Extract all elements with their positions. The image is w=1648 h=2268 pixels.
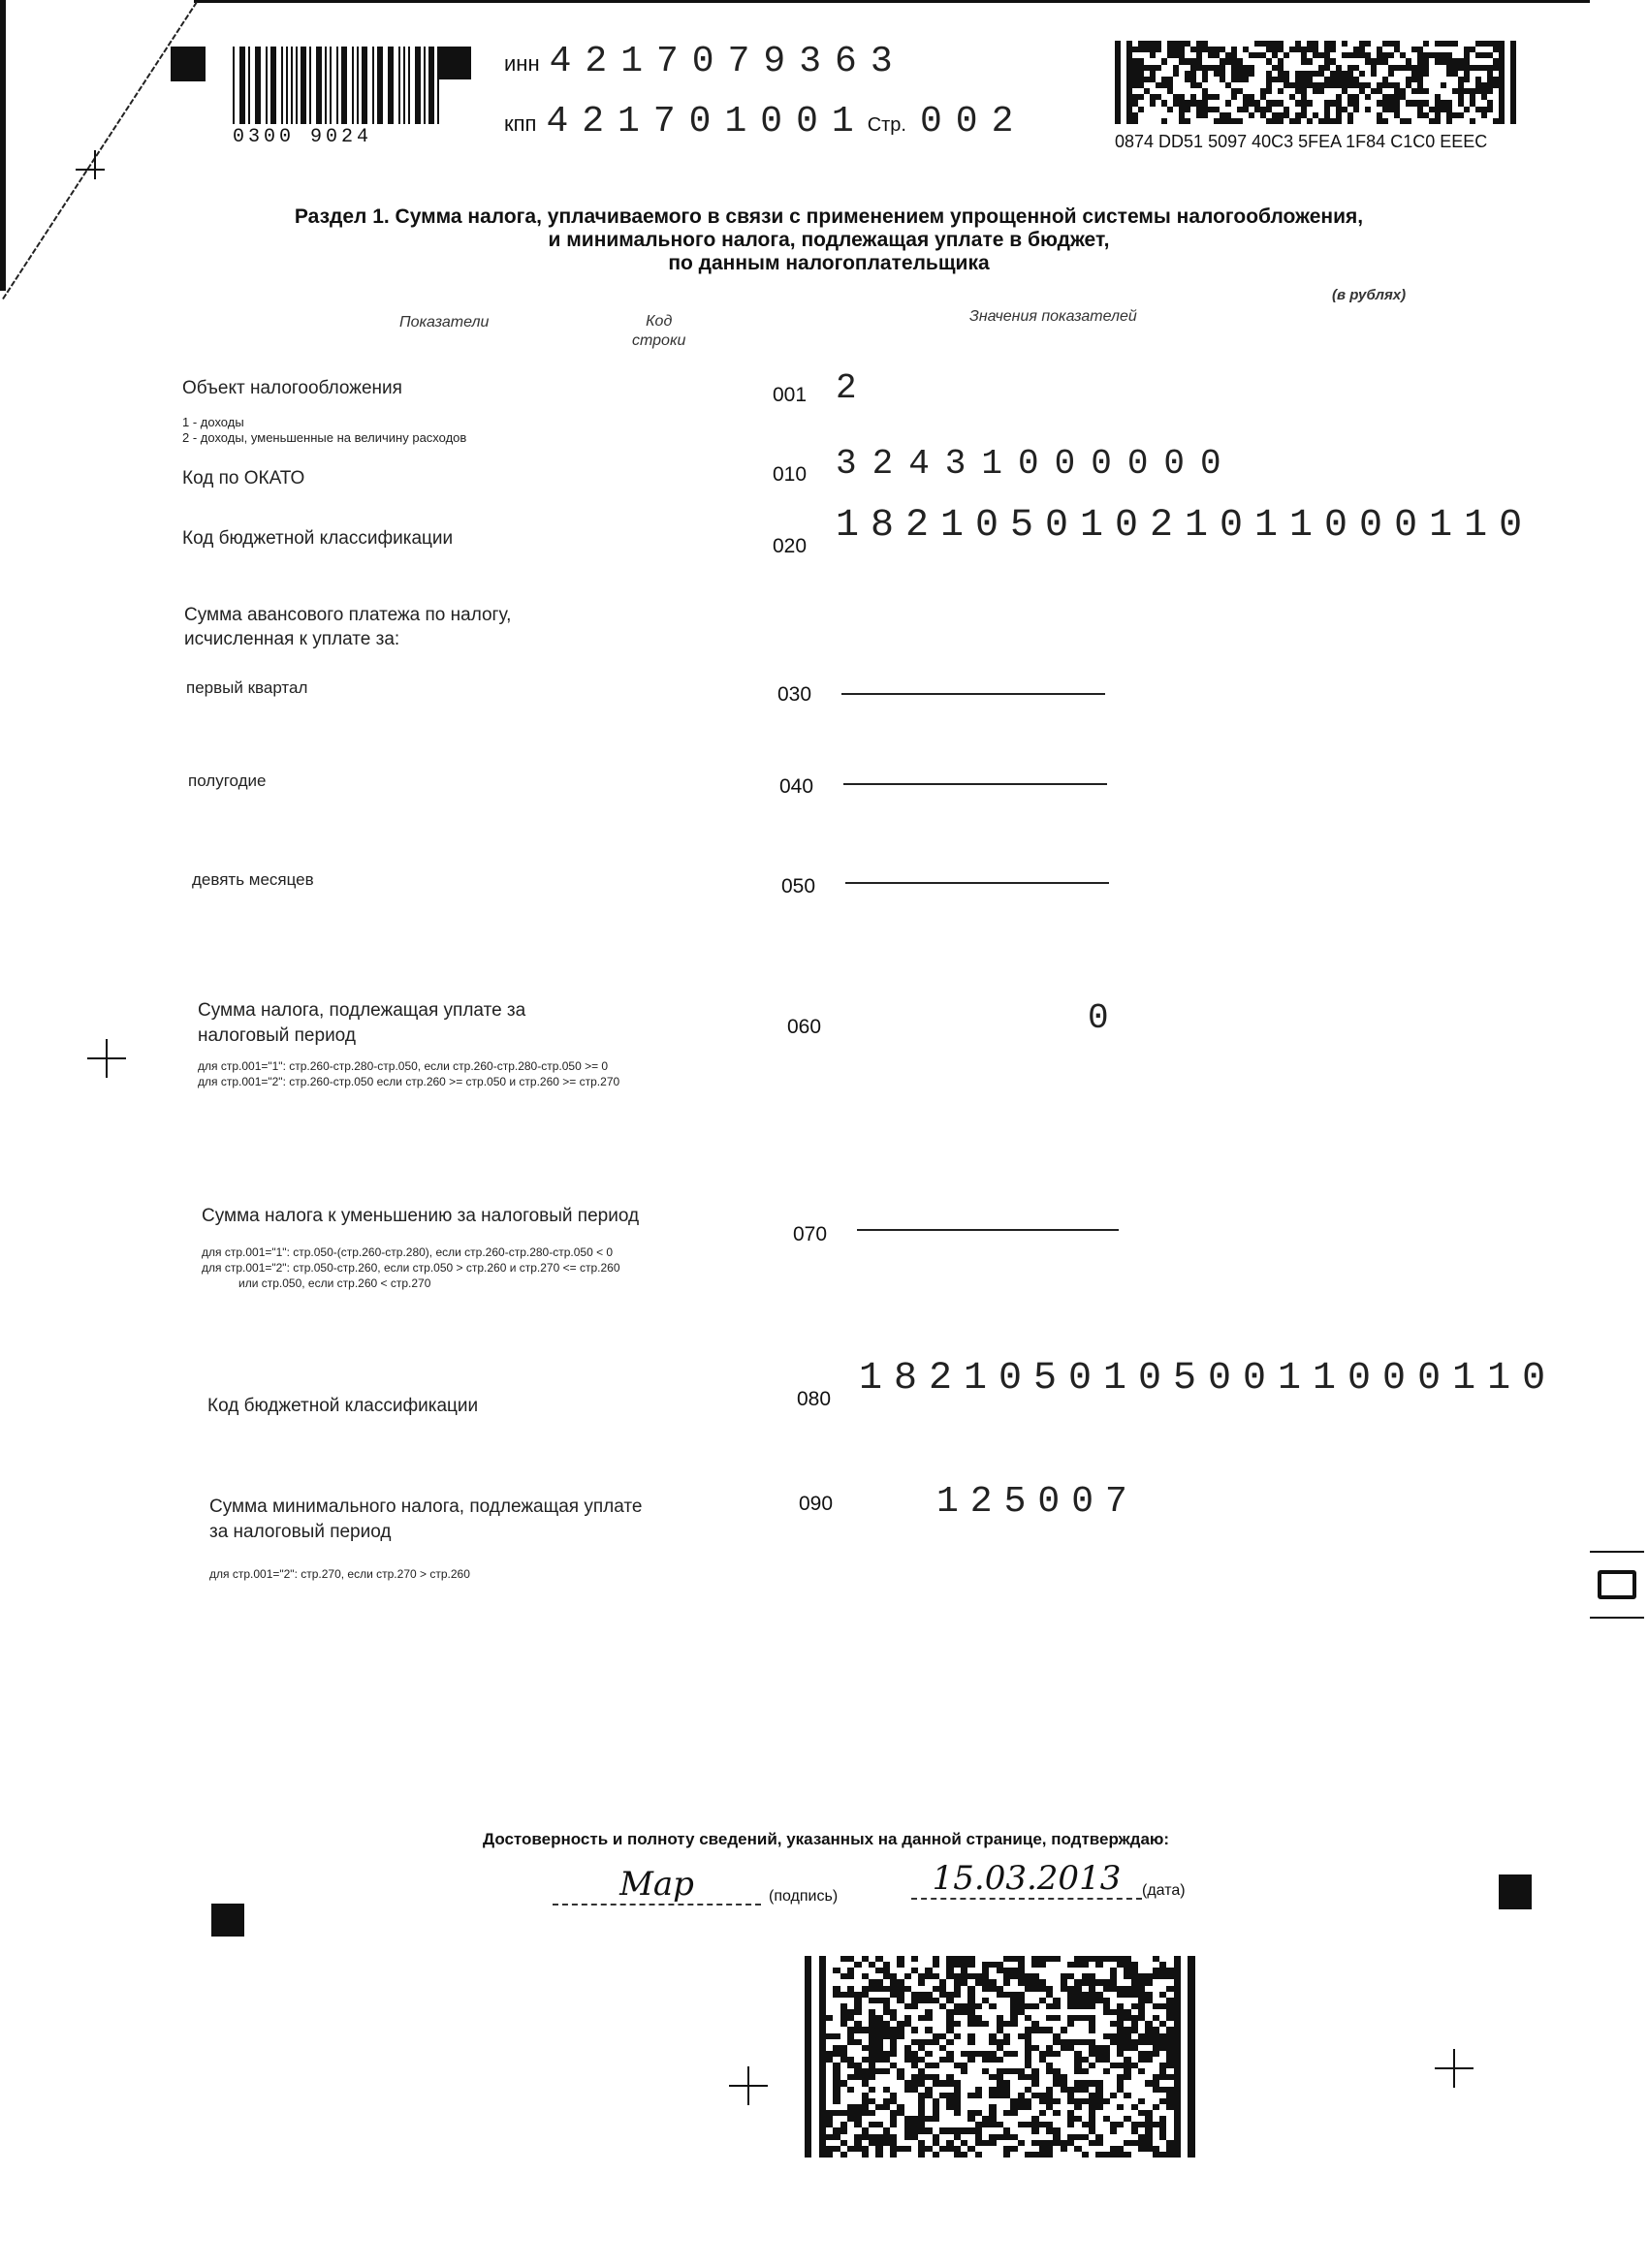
date-field: 15.03.2013 (дата) [911, 1859, 1186, 1900]
row-080-value: 18210501050011000110 [859, 1357, 1557, 1401]
signature-field: Мар (подпись) [553, 1865, 838, 1906]
row-080-label: Код бюджетной классификации [207, 1396, 478, 1417]
registration-cross-icon [87, 1039, 126, 1078]
row-030-code: 030 [777, 683, 811, 707]
row-040-label: полугодие [188, 772, 266, 791]
pdf417-barcode-bottom [805, 1956, 1202, 2158]
row-050-code: 050 [781, 875, 815, 898]
row-070-hint: для стр.001="1": стр.050-(стр.260-стр.28… [202, 1244, 620, 1291]
confirmation-text: Достоверность и полноту сведений, указан… [483, 1830, 1169, 1849]
hash-code: 0874 DD51 5097 40C3 5FEA 1F84 C1C0 EEEC [1115, 132, 1487, 152]
inn-field: ИНН 4217079363 [504, 41, 906, 82]
row-090-value: 125007 [936, 1481, 1139, 1523]
units-note: (в рублях) [1332, 287, 1406, 303]
alignment-marker [171, 47, 206, 81]
linear-barcode: 0300 9024 [233, 47, 444, 148]
column-header-code: Код строки [632, 312, 685, 351]
row-060-label: Сумма налога, подлежащая уплате за налог… [198, 998, 525, 1049]
row-060-hint: для стр.001="1": стр.260-стр.280-стр.050… [198, 1058, 619, 1089]
registration-cross-icon [1435, 2049, 1474, 2088]
kpp-value: 421701001 [546, 101, 867, 142]
advance-payment-group-label: Сумма авансового платежа по налогу, исчи… [184, 603, 511, 651]
row-001-hint: 1 - доходы 2 - доходы, уменьшенные на ве… [182, 415, 466, 446]
alignment-marker [1499, 1874, 1532, 1909]
alignment-marker [211, 1904, 244, 1937]
kpp-label: КПП [504, 111, 536, 137]
column-header-values: Значения показателей [969, 308, 1137, 326]
row-090-label: Сумма минимального налога, подлежащая уп… [209, 1495, 642, 1545]
row-010-code: 010 [773, 463, 807, 487]
date-label: (дата) [1142, 1882, 1186, 1900]
row-040-code: 040 [779, 775, 813, 799]
row-020-label: Код бюджетной классификации [182, 528, 453, 550]
pdf417-barcode-top [1115, 41, 1522, 124]
page-value: 002 [920, 101, 1027, 142]
row-030-empty-value [841, 693, 1105, 695]
row-010-label: Код по ОКАТО [182, 468, 304, 489]
signature-label: (подпись) [769, 1888, 838, 1906]
row-050-empty-value [845, 882, 1109, 884]
row-001-code: 001 [773, 384, 807, 407]
row-060-value: 0 [1088, 998, 1123, 1038]
registration-cross-icon [729, 2066, 768, 2105]
inn-value: 4217079363 [550, 41, 906, 82]
row-090-code: 090 [799, 1493, 833, 1516]
alignment-marker [438, 47, 471, 79]
row-001-label: Объект налогообложения [182, 378, 402, 399]
column-header-indicators: Показатели [399, 314, 489, 331]
row-040-empty-value [843, 783, 1107, 785]
date-value: 15.03.2013 [911, 1859, 1142, 1900]
row-020-code: 020 [773, 535, 807, 558]
registration-cross-icon [76, 150, 105, 179]
signature-value: Мар [553, 1865, 761, 1906]
row-070-code: 070 [793, 1223, 827, 1246]
row-080-code: 080 [797, 1388, 831, 1411]
row-060-code: 060 [787, 1016, 821, 1039]
inn-label: ИНН [504, 51, 540, 77]
row-070-label: Сумма налога к уменьшению за налоговый п… [202, 1206, 639, 1227]
scan-top-edge [194, 0, 1590, 3]
kpp-field: КПП 421701001 Стр. 002 [504, 101, 1027, 142]
row-050-label: девять месяцев [192, 870, 314, 890]
row-070-empty-value [857, 1229, 1119, 1231]
section-title: Раздел 1. Сумма налога, уплачиваемого в … [174, 205, 1483, 275]
row-020-value: 18210501021011000110 [836, 504, 1534, 548]
row-030-label: первый квартал [186, 678, 307, 698]
page-side-mark [1590, 1551, 1644, 1619]
row-090-hint: для стр.001="2": стр.270, если стр.270 >… [209, 1566, 470, 1582]
row-001-value: 2 [836, 368, 871, 408]
barcode-number: 0300 9024 [233, 126, 444, 148]
row-010-value: 32431000000 [836, 444, 1237, 484]
page-label: Стр. [868, 114, 906, 137]
